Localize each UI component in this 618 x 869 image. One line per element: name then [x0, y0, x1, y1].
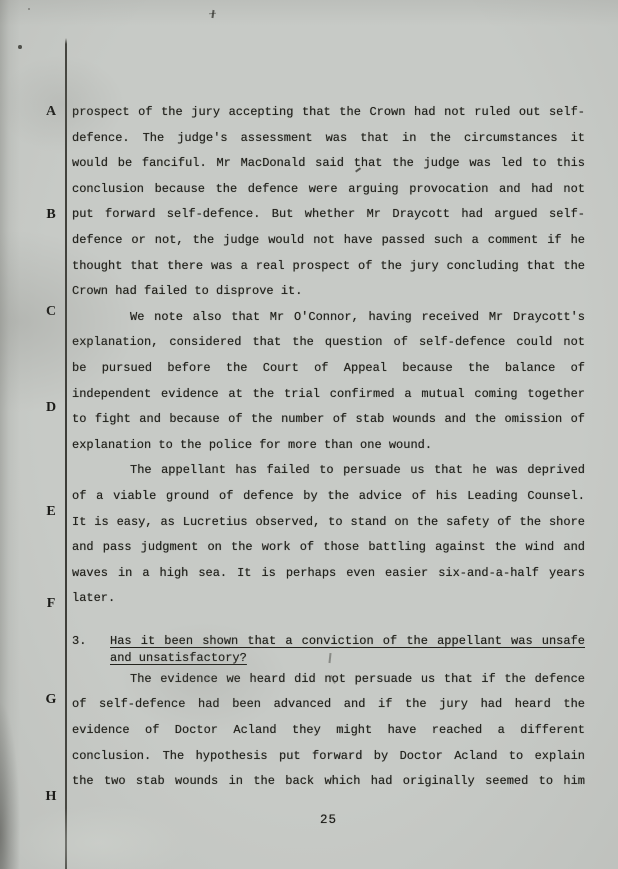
paragraph: prospect of the jury accepting that the …	[72, 100, 585, 305]
text-line: conclusion because the defence were argu…	[72, 177, 585, 203]
margin-letter-a: A	[42, 104, 60, 119]
text-line: defence or not, the judge would not have…	[72, 228, 585, 254]
text-line: put forward self-defence. But whether Mr…	[72, 202, 585, 228]
margin-letter-c: C	[42, 304, 60, 319]
text-line: to fight and because of the number of st…	[72, 407, 585, 433]
margin-letter-g: G	[42, 692, 60, 707]
text-line: conclusion. The hypothesis put forward b…	[72, 744, 585, 770]
text-line: The evidence we heard did not persuade u…	[72, 667, 585, 693]
text-line: We note also that Mr O'Connor, having re…	[72, 305, 585, 331]
text-line: evidence of Doctor Acland they might hav…	[72, 718, 585, 744]
text-line: Crown had failed to disprove it.	[72, 279, 585, 305]
margin-letter-h: H	[42, 789, 60, 804]
text-line: The appellant has failed to persuade us …	[72, 458, 585, 484]
paragraph: The evidence we heard did not persuade u…	[72, 667, 585, 795]
text-line: prospect of the jury accepting that the …	[72, 100, 585, 126]
text-line: be pursued before the Court of Appeal be…	[72, 356, 585, 382]
text-line: explanation, considered that the questio…	[72, 330, 585, 356]
text-line: independent evidence at the trial confir…	[72, 382, 585, 408]
section-heading: 3.Has it been shown that a conviction of…	[72, 633, 585, 667]
text-line: of a viable ground of defence by the adv…	[72, 484, 585, 510]
margin-rule	[65, 38, 67, 869]
paragraph: The appellant has failed to persuade us …	[72, 458, 585, 612]
page-number: 25	[72, 813, 585, 827]
heading-line: Has it been shown that a conviction of t…	[110, 633, 585, 650]
text-line: later.	[72, 586, 585, 612]
underlined-heading-text: and unsatisfactory?	[110, 651, 247, 665]
text-line: would be fanciful. Mr MacDonald said tha…	[72, 151, 585, 177]
text-line: of self-defence had been advanced and if…	[72, 692, 585, 718]
margin-letter-f: F	[42, 596, 60, 611]
text-line: waves in a high sea. It is perhaps even …	[72, 561, 585, 587]
heading-line: and unsatisfactory?	[110, 650, 585, 667]
text-line: defence. The judge's assessment was that…	[72, 126, 585, 152]
scanned-judgment-page: ABCDEFGH prospect of the jury accepting …	[0, 0, 618, 869]
scan-speck	[18, 45, 22, 49]
text-line: thought that there was a real prospect o…	[72, 254, 585, 280]
text-line: It is easy, as Lucretius observed, to st…	[72, 510, 585, 536]
paragraph: We note also that Mr O'Connor, having re…	[72, 305, 585, 459]
text-line: explanation to the police for more than …	[72, 433, 585, 459]
text-line: the two stab wounds in the back which ha…	[72, 769, 585, 795]
margin-letter-b: B	[42, 207, 60, 222]
section-heading-text: Has it been shown that a conviction of t…	[110, 633, 585, 667]
margin-letter-d: D	[42, 400, 60, 415]
underlined-heading-text: Has it been shown that a conviction of t…	[110, 634, 585, 648]
scan-speck	[28, 8, 30, 10]
judgment-text: prospect of the jury accepting that the …	[72, 0, 585, 795]
margin-letter-e: E	[42, 504, 60, 519]
section-number: 3.	[72, 633, 110, 667]
text-line: and pass judgment on the work of those b…	[72, 535, 585, 561]
